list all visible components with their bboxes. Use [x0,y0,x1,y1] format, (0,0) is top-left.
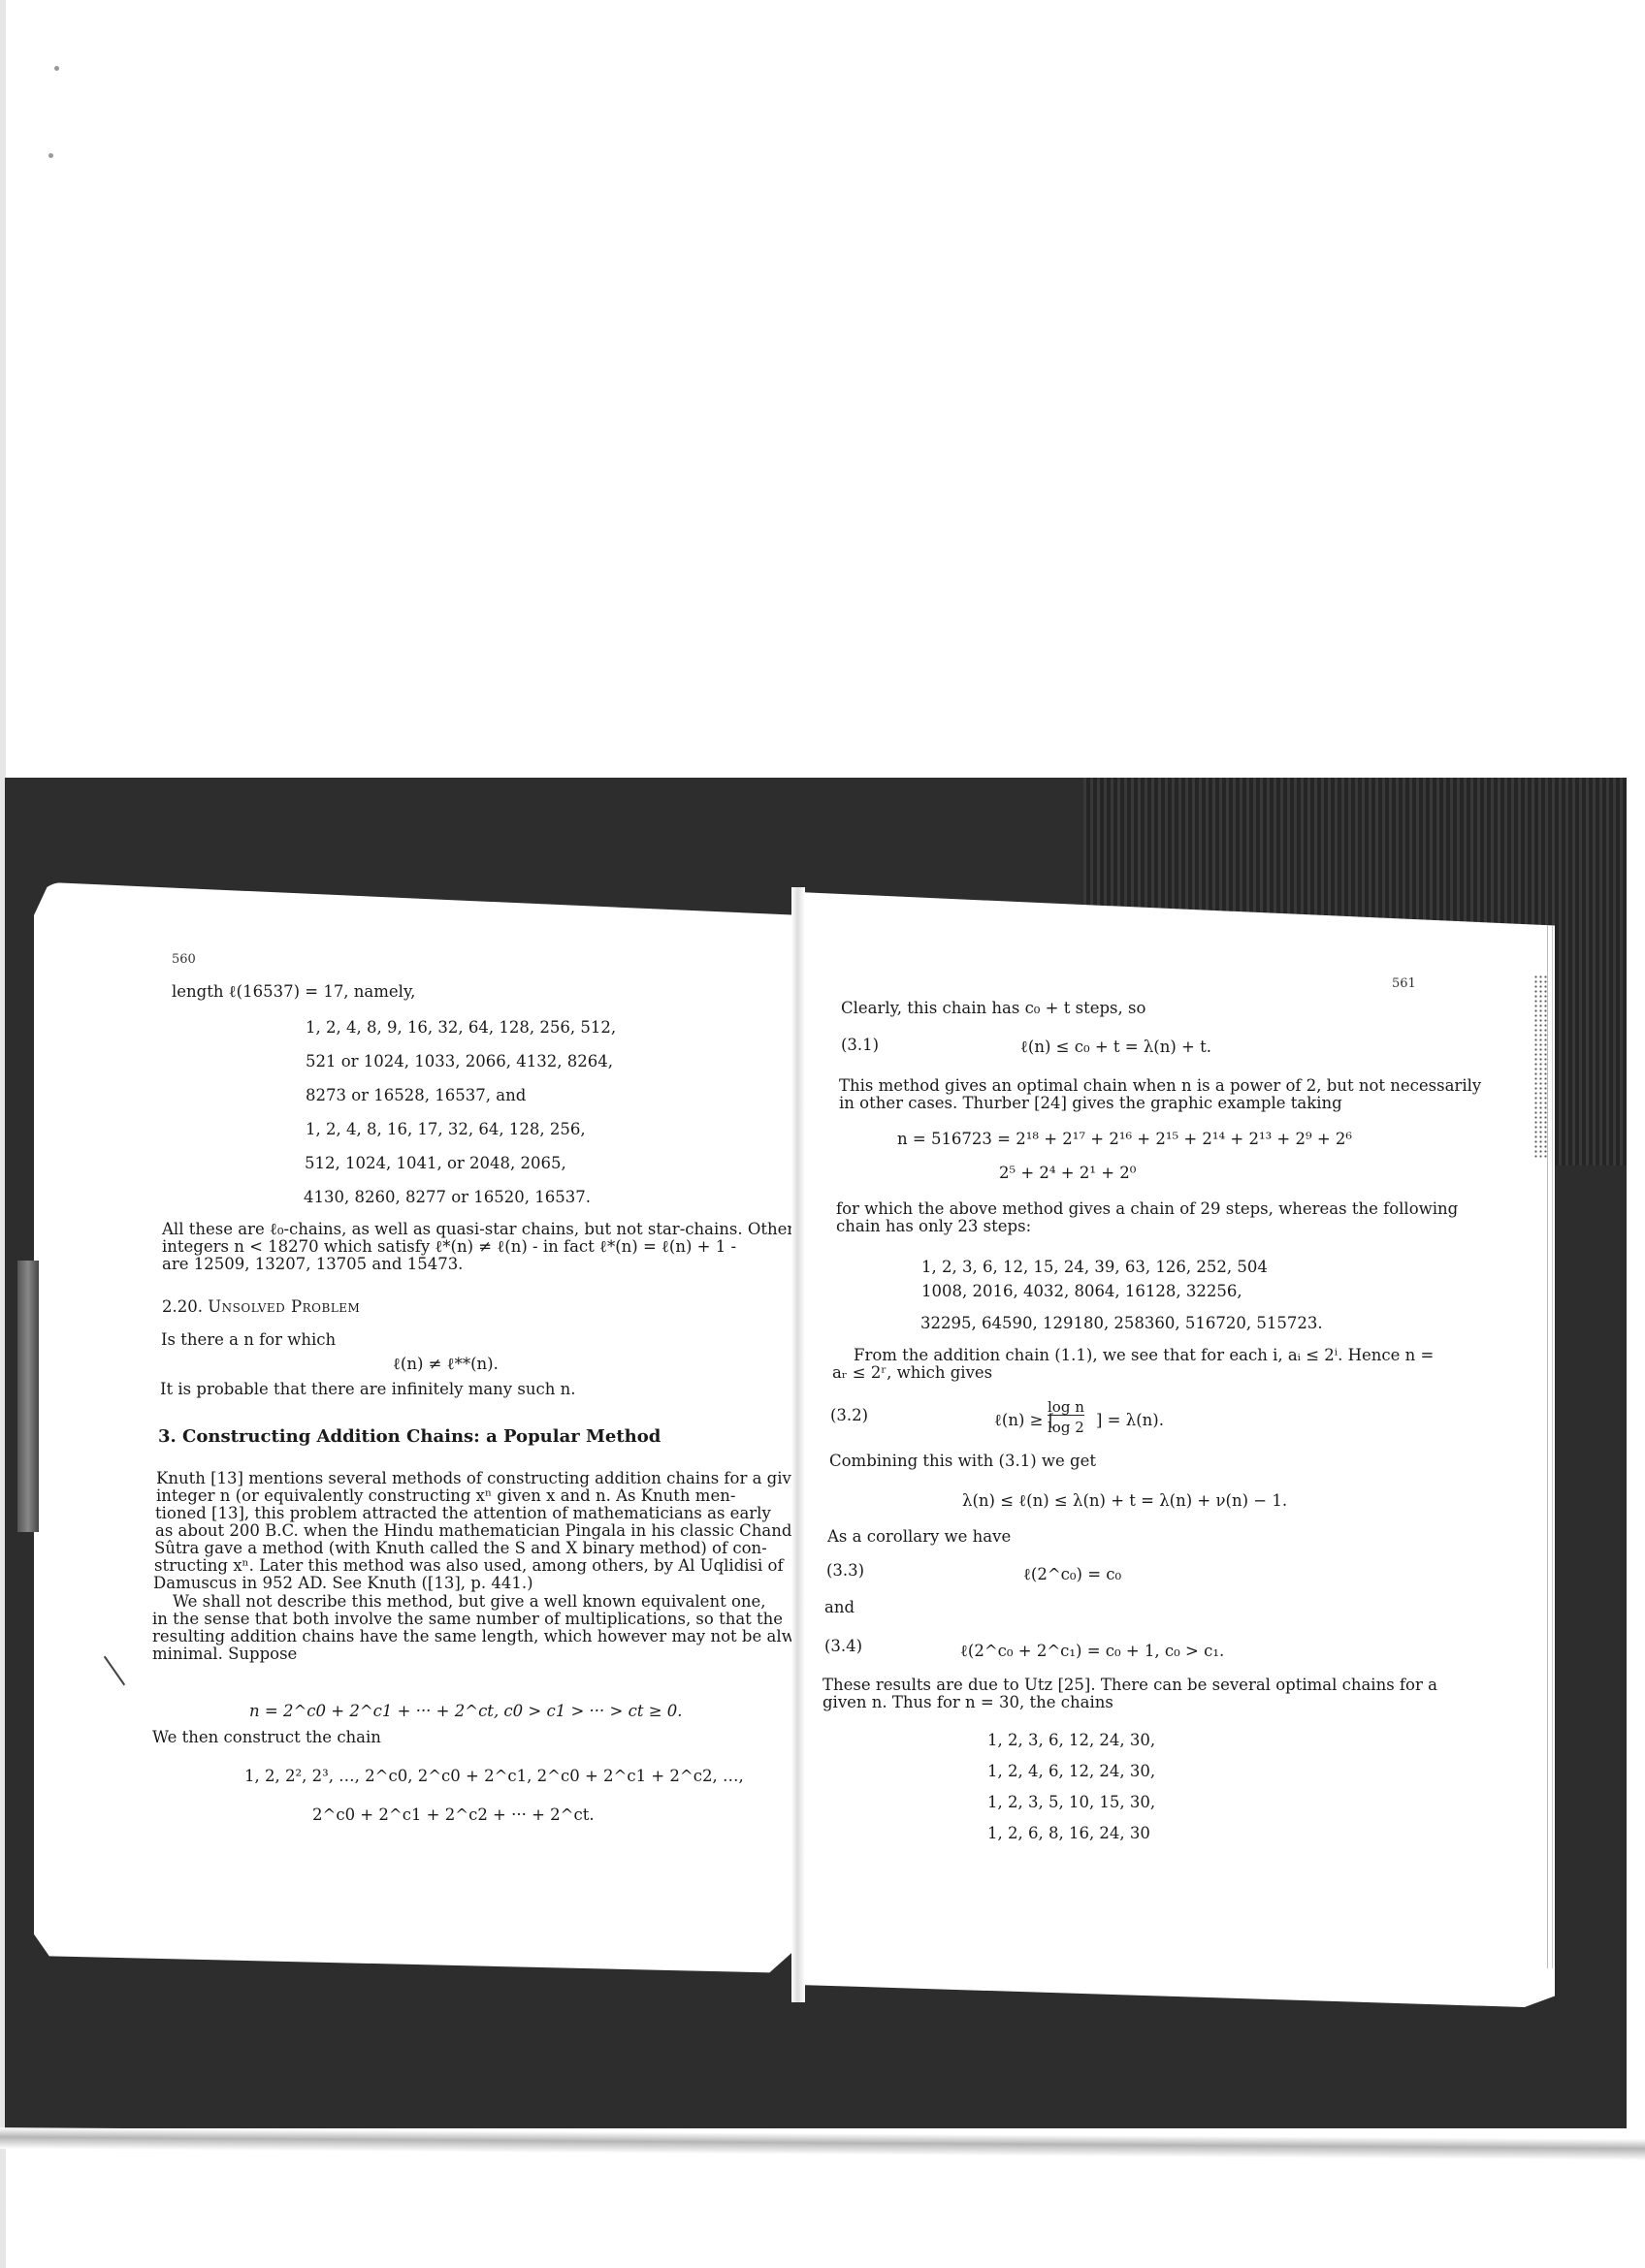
fraction-numerator: log n [1048,1399,1084,1416]
formula-unsolved: ℓ(n) ≠ ℓ**(n). [393,1355,499,1374]
formula-chain-line1: 1, 2, 2², 2³, …, 2^c0, 2^c0 + 2^c1, 2^c0… [244,1767,744,1786]
equation-lhs: ℓ(n) ≥ [ [994,1411,1054,1430]
chain-line: 1, 2, 3, 5, 10, 15, 30, [987,1793,1155,1812]
section-heading-2-20: 2.20. Unsolved Problem [162,1297,360,1317]
chain-line: 512, 1024, 1041, or 2048, 2065, [305,1154,566,1173]
chain-line: 4130, 8260, 8277 or 16520, 16537. [304,1188,591,1207]
text-line: minimal. Suppose [152,1645,297,1664]
chain-line: 1, 2, 3, 6, 12, 24, 30, [987,1731,1155,1750]
chain-line: 1, 2, 4, 6, 12, 24, 30, [987,1762,1155,1781]
combining-text: Combining this with (3.1) we get [829,1452,1096,1471]
equation-rhs: ] = λ(n). [1096,1411,1164,1430]
text-line: are 12509, 13207, 13705 and 15473. [162,1255,463,1274]
halftone-dots [1533,974,1547,1159]
text-line: integer n (or equivalently constructing … [156,1486,735,1506]
equation-label: (3.2) [830,1406,868,1425]
equation-formula: ℓ(n) ≤ c₀ + t = λ(n) + t. [1020,1038,1211,1057]
text-line: tioned [13], this problem attracted the … [155,1504,771,1523]
chain-line: 1, 2, 4, 8, 9, 16, 32, 64, 128, 256, 512… [306,1018,616,1038]
section-heading-3: 3. Constructing Addition Chains: a Popul… [158,1427,661,1447]
text-line: in the sense that both involve the same … [152,1610,783,1629]
text-line: given n. Thus for n = 30, the chains [822,1693,1113,1712]
page-number-right: 561 [1392,974,1416,994]
text-line: Sûtra gave a method (with Knuth called t… [154,1539,767,1558]
formula-chain-line2: 2^c0 + 2^c1 + 2^c2 + ··· + 2^ct. [312,1805,595,1825]
intro-text: Clearly, this chain has c₀ + t steps, so [841,999,1145,1018]
fraction-denominator: log 2 [1048,1420,1084,1435]
text-line: From the addition chain (1.1), we see th… [854,1346,1434,1365]
book-binding [17,1261,39,1532]
paper-curl [0,2127,1645,2160]
question-text: Is there a n for which [161,1330,336,1350]
section-title: Unsolved Problem [208,1297,360,1316]
chain-line: 1, 2, 4, 8, 16, 17, 32, 64, 128, 256, [306,1120,586,1139]
construct-text: We then construct the chain [152,1728,381,1747]
equation-label: (3.4) [824,1637,862,1656]
chain-line: 32295, 64590, 129180, 258360, 516720, 51… [920,1314,1323,1333]
chain-line: 521 or 1024, 1033, 2066, 4132, 8264, [306,1052,613,1071]
text-line: Knuth [13] mentions several methods of c… [156,1469,811,1488]
corollary-text: As a corollary we have [827,1527,1011,1547]
text-line: as about 200 B.C. when the Hindu mathema… [155,1521,801,1541]
text-line: This method gives an optimal chain when … [839,1076,1481,1096]
formula-thurber-line2: 2⁵ + 2⁴ + 2¹ + 2⁰ [999,1164,1136,1183]
text-line: in other cases. Thurber [24] gives the g… [839,1094,1342,1113]
formula-binary-expansion: n = 2^c0 + 2^c1 + ··· + 2^ct, c0 > c1 > … [249,1702,683,1721]
and-text: and [824,1598,855,1617]
chain-line: 1, 2, 3, 6, 12, 15, 24, 39, 63, 126, 252… [921,1258,1268,1277]
remark-text: It is probable that there are infinitely… [160,1380,575,1399]
equation-label: (3.3) [826,1561,864,1581]
equation-formula: ℓ(2^c₀) = c₀ [1023,1565,1121,1584]
formula-thurber-line1: n = 516723 = 2¹⁸ + 2¹⁷ + 2¹⁶ + 2¹⁵ + 2¹⁴… [897,1130,1352,1149]
formula-combined: λ(n) ≤ ℓ(n) ≤ λ(n) + t = λ(n) + ν(n) − 1… [962,1491,1287,1511]
equation-label: (3.1) [841,1036,879,1055]
right-page [798,892,1555,2007]
text-line: These results are due to Utz [25]. There… [822,1676,1437,1695]
equation-formula: ℓ(2^c₀ + 2^c₁) = c₀ + 1, c₀ > c₁. [960,1642,1224,1661]
text-line: integers n < 18270 which satisfy ℓ*(n) ≠… [162,1237,736,1257]
chain-line: 8273 or 16528, 16537, and [306,1086,526,1105]
text-line: structing xⁿ. Later this method was also… [154,1556,784,1576]
chain-line: 1, 2, 6, 8, 16, 24, 30 [987,1824,1150,1843]
dust-speck [48,153,53,158]
text-line: resulting addition chains have the same … [152,1627,822,1646]
text-line: All these are ℓ₀-chains, as well as quas… [162,1220,794,1239]
chain-line: 1008, 2016, 4032, 8064, 16128, 32256, [921,1282,1242,1301]
dust-speck [54,66,59,71]
intro-text: length ℓ(16537) = 17, namely, [172,982,415,1002]
text-line: aᵣ ≤ 2ʳ, which gives [832,1363,992,1383]
text-line: Damuscus in 952 AD. See Knuth ([13], p. … [153,1574,533,1593]
section-number: 2.20. [162,1297,203,1316]
book-spine [791,887,805,2002]
text-line: for which the above method gives a chain… [836,1199,1458,1219]
page-number-left: 560 [172,950,196,970]
text-line: chain has only 23 steps: [836,1217,1031,1236]
text-line: We shall not describe this method, but g… [173,1592,766,1612]
